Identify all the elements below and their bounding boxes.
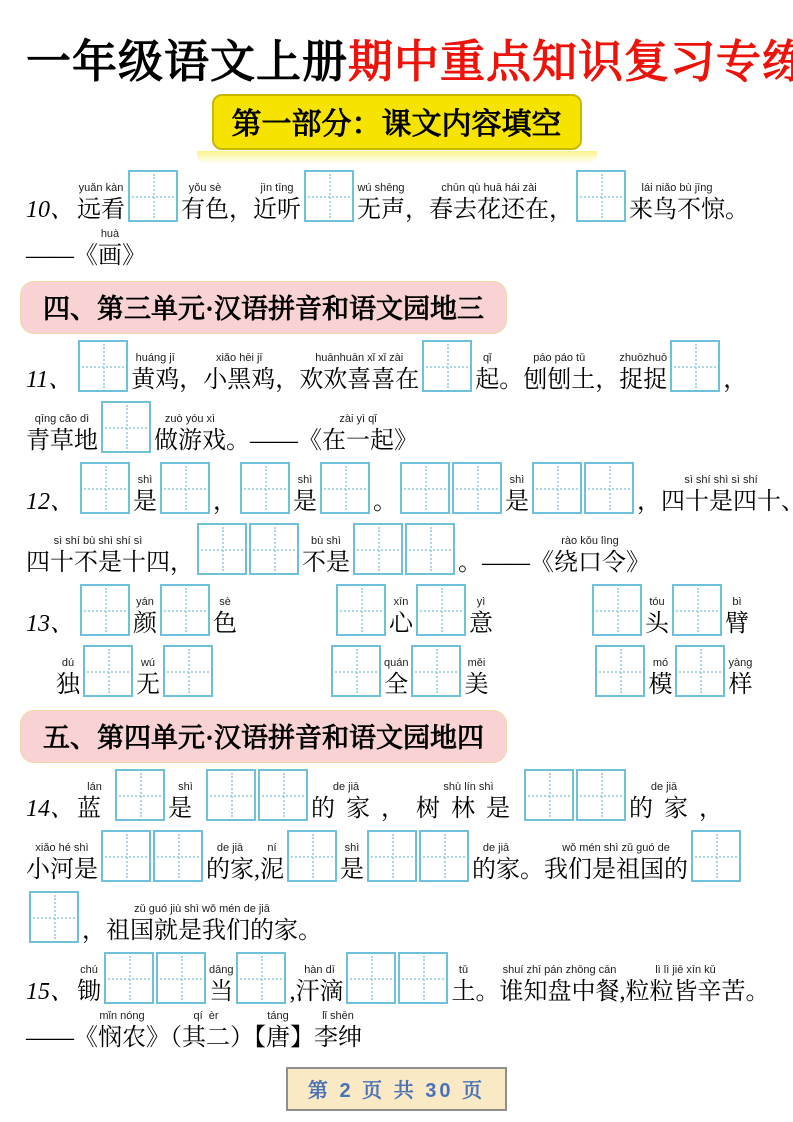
hanzi-text: 意 [469,609,493,639]
pinyin-annotated-text: tóu头 [645,595,669,639]
pinyin-text: yì [477,595,486,609]
character-practice-box-pair [524,769,626,821]
plain-text: 。 [475,977,499,1007]
pinyin-text: de jiā [217,841,243,855]
pinyin-text: lǐ shēn [322,1009,354,1023]
character-practice-box [304,170,354,222]
hanzi-text: 色 [213,609,237,639]
character-practice-box [691,830,741,882]
character-practice-box [104,952,154,1004]
character-practice-box [236,952,286,1004]
plain-text: 。——《 [458,548,554,578]
character-practice-box [367,830,417,882]
pinyin-text: mǐn nóng [99,1009,144,1023]
pinyin-annotated-text: yán颜 [133,595,157,639]
page-title-red: 期中重点知识复习专练 [348,37,793,87]
pinyin-text: shì [138,473,153,487]
hanzi-text: 在一起 [322,426,394,456]
pinyin-annotated-text: lǐ shēn李绅 [314,1009,362,1053]
character-practice-box [576,769,626,821]
pinyin-annotated-text: dú独 [56,656,80,700]
pinyin-annotated-text: yuǎn kàn远看 [77,181,125,225]
pinyin-annotated-text: sì shí bù shì shí sì四十不是十四 [26,534,170,578]
pinyin-text: mó [653,656,668,670]
character-practice-box-pair [400,462,502,514]
pinyin-text: páo páo tǔ [533,351,585,365]
character-practice-box [411,645,461,697]
hanzi-text: 小河是 [26,855,98,885]
pinyin-text: dú [62,656,74,670]
pinyin-annotated-text: wú shēng无声 [357,181,405,225]
page-number-badge: 第 2 页 共 30 页 [286,1067,507,1111]
pinyin-text: bì [732,595,741,609]
character-practice-box [287,830,337,882]
hanzi-text: 样 [728,670,752,700]
pinyin-annotated-text: qīng cǎo dì青草地 [26,412,98,456]
pinyin-text: měi [468,656,486,670]
hanzi-text: 汗滴 [295,977,343,1007]
worksheet-row: ——《huà画》 [26,227,767,271]
pinyin-annotated-text: shì是 [340,841,364,885]
character-practice-box-pair [367,830,469,882]
plain-text: 。 [298,916,322,946]
hanzi-text: 是 [293,487,317,517]
pinyin-annotated-text: xīn心 [389,595,413,639]
pinyin-annotated-text: shì是 [505,473,529,517]
pinyin-annotated-text: sì shí shì sì shí四十是四十 [661,473,781,517]
character-practice-box [675,645,725,697]
plain-text: ——《 [26,1023,98,1053]
item-number: 10、 [26,195,77,225]
hanzi-text: 的家 [472,855,520,885]
character-practice-box [672,584,722,636]
worksheet-row: qīng cǎo dì青草地zuò yóu xì做游戏。——《zài yì qǐ… [26,401,767,456]
hanzi-text: 四十不是十四 [26,548,170,578]
pinyin-annotated-text: lì lì jiē xīn kǔ粒粒皆辛苦 [625,963,745,1007]
plain-text: ， [381,794,416,824]
character-practice-box [101,401,151,453]
pinyin-annotated-text: shì是 [293,473,317,517]
pinyin-annotated-text: huà画 [98,227,122,271]
character-practice-box [416,584,466,636]
character-practice-box [398,952,448,1004]
worksheet-row: 10、yuǎn kàn远看yǒu sè有色，jìn tīng近听wú shēng… [26,170,767,225]
character-practice-box [353,523,403,575]
character-practice-box [532,462,582,514]
pinyin-annotated-text: qǐ起 [475,351,499,395]
plain-text: 。 [745,977,769,1007]
pinyin-text: qí èr [193,1009,218,1023]
hanzi-text: 欢欢喜喜在 [299,365,419,395]
hanzi-text: 无 [136,670,160,700]
hanzi-text: 小黑鸡 [203,365,275,395]
hanzi-text: 青草地 [26,426,98,456]
hanzi-text: 颜 [133,609,157,639]
worksheet-page: 一年级语文上册期中重点知识复习专练 第一部分：课文内容填空 10、yuǎn kà… [0,0,793,1122]
plain-text: 。 [520,855,544,885]
hanzi-text: 唐 [266,1023,290,1053]
hanzi-text: 是 [340,855,364,885]
plain-text: 。 [373,487,397,517]
pinyin-annotated-text: bì臂 [725,595,749,639]
pinyin-annotated-text: wǒ mén shì zǔ guó de我们是祖国的 [544,841,688,885]
pinyin-text: ní [267,841,276,855]
section-header-wrap: 四、第三单元·汉语拼音和语文园地三 [20,281,767,334]
character-practice-box [346,952,396,1004]
pinyin-text: de jiā [333,780,359,794]
pinyin-annotated-text: yàng样 [728,656,752,700]
pinyin-text: de jiā [483,841,509,855]
pinyin-text: sè [219,595,231,609]
pinyin-text: hàn dī [304,963,335,977]
plain-text: ， [229,195,253,225]
character-practice-box [584,462,634,514]
hanzi-text: 是 [168,794,203,824]
pinyin-annotated-text: shù lín shì树林是 [416,780,521,824]
pinyin-annotated-text: rào kǒu lìng绕口令 [554,534,626,578]
character-practice-box [160,462,210,514]
hanzi-text: 独 [56,670,80,700]
plain-text: ， [699,794,734,824]
plain-text: ， [723,365,747,395]
plain-text: 》（ [146,1023,182,1053]
pinyin-annotated-text: shì是 [168,780,203,824]
part1-header: 第一部分：课文内容填空 [212,94,582,150]
pinyin-annotated-text: sè色 [213,595,237,639]
worksheet-row: ，zǔ guó jiù shì wǒ mén de jiā祖国就是我们的家。 [26,891,767,946]
hanzi-text: 心 [389,609,413,639]
hanzi-text: 捉捉 [619,365,667,395]
character-practice-box-pair [206,769,308,821]
part1-header-wrap: 第一部分：课文内容填空 [26,94,767,164]
pinyin-text: yàng [729,656,753,670]
worksheet-row: sì shí bù shì shí sì四十不是十四，bù shì不是。——《r… [26,523,767,578]
plain-text: ， [179,365,203,395]
item-number: 11、 [26,365,75,395]
pinyin-text: yán [136,595,154,609]
character-practice-box-pair [353,523,455,575]
character-practice-box [336,584,386,636]
pinyin-annotated-text: mǐn nóng悯农 [98,1009,146,1053]
page-title-black: 一年级语文上册 [26,37,348,87]
character-practice-box [405,523,455,575]
pinyin-text: wǒ mén shì zǔ guó de [562,841,670,855]
character-practice-box [153,830,203,882]
pinyin-text: yǒu sè [189,181,221,195]
hanzi-text: 刨刨土 [523,365,595,395]
pinyin-annotated-text: de jiā的家 [206,841,254,885]
hanzi-text: 模 [648,670,672,700]
hanzi-text: 锄 [77,977,101,1007]
character-practice-box [595,645,645,697]
character-practice-box [524,769,574,821]
pinyin-annotated-text: wú无 [136,656,160,700]
pinyin-text: zuò yóu xì [165,412,215,426]
hanzi-text: 起 [475,365,499,395]
hanzi-text: 做游戏 [154,426,226,456]
hanzi-text: 粒粒皆辛苦 [625,977,745,1007]
hanzi-text: 有色 [181,195,229,225]
page-title: 一年级语文上册期中重点知识复习专练 [26,34,767,90]
pinyin-annotated-text: quán全 [384,656,408,700]
pinyin-text: sì shí bù shì shí sì [54,534,143,548]
pinyin-text: huānhuān xǐ xǐ zài [315,351,403,365]
hanzi-text: 不是 [302,548,350,578]
character-practice-box-pair [104,952,206,1004]
character-practice-box [160,584,210,636]
hanzi-text: 黄鸡 [131,365,179,395]
pinyin-text: tóu [649,595,664,609]
hanzi-text: 的家 [629,794,699,824]
character-practice-box [80,584,130,636]
plain-text: ）【 [230,1023,266,1053]
character-practice-box-pair [197,523,299,575]
pinyin-annotated-text: dāng当 [209,963,233,1007]
hanzi-text: 无声 [357,195,405,225]
hanzi-text: 蓝 [77,794,112,824]
hanzi-text: 是 [505,487,529,517]
pinyin-annotated-text: ní泥 [260,841,284,885]
hanzi-text: 的家 [311,794,381,824]
pinyin-annotated-text: de jiā的家 [629,780,699,824]
pinyin-text: shì [298,473,313,487]
pinyin-annotated-text: mó模 [648,656,672,700]
plain-text: 、 [781,487,793,517]
pinyin-text: chūn qù huā hái zài [441,181,536,195]
pinyin-text: huà [101,227,119,241]
pinyin-text: qīng cǎo dì [35,412,89,426]
item-number: 14、 [26,794,77,824]
hanzi-text: 四十是四十 [661,487,781,517]
hanzi-text: 近听 [253,195,301,225]
worksheet-row: 15、chú锄dāng当,hàn dī汗滴tǔ土。shuí zhī pán zh… [26,952,767,1007]
character-practice-box [331,645,381,697]
pinyin-annotated-text: hàn dī汗滴 [295,963,343,1007]
hanzi-text: 悯农 [98,1023,146,1053]
character-practice-box [83,645,133,697]
character-practice-box-pair [101,830,203,882]
plain-text: 。 [499,365,523,395]
pinyin-text: xiǎo hēi jī [216,351,262,365]
pinyin-text: de jiā [651,780,677,794]
section-header: 四、第三单元·汉语拼音和语文园地三 [20,281,507,334]
character-practice-box [320,462,370,514]
hanzi-text: 全 [384,670,408,700]
pinyin-annotated-text: zuò yóu xì做游戏 [154,412,226,456]
character-practice-box [29,891,79,943]
hanzi-text: 土 [451,977,475,1007]
pinyin-text: shì [345,841,360,855]
character-practice-box [115,769,165,821]
pinyin-annotated-text: huānhuān xǐ xǐ zài欢欢喜喜在 [299,351,419,395]
character-practice-box [80,462,130,514]
worksheet-body: 10、yuǎn kàn远看yǒu sè有色，jìn tīng近听wú shēng… [26,170,767,1053]
character-practice-box [400,462,450,514]
character-practice-box [78,340,128,392]
plain-text: ， [170,548,194,578]
character-practice-box [156,952,206,1004]
item-number: 15、 [26,977,77,1007]
hanzi-text: 树林是 [416,794,521,824]
pinyin-annotated-text: qí èr其二 [182,1009,230,1053]
pinyin-annotated-text: tǔ土 [451,963,475,1007]
pinyin-annotated-text: shì是 [133,473,157,517]
pinyin-text: zài yì qǐ [339,412,376,426]
worksheet-row: 13、yán颜sè色xīn心yì意tóu头bì臂 [26,584,767,639]
character-practice-box [101,830,151,882]
pinyin-annotated-text: xiǎo hé shì小河是 [26,841,98,885]
hanzi-text: 当 [209,977,233,1007]
pinyin-annotated-text: bù shì不是 [302,534,350,578]
plain-text: 】 [290,1023,314,1053]
hanzi-text: 祖国就是我们的家 [106,916,298,946]
character-practice-box [163,645,213,697]
plain-text: ， [213,487,237,517]
hanzi-text: 泥 [260,855,284,885]
character-practice-box [128,170,178,222]
character-practice-box [249,523,299,575]
pinyin-text: dāng [209,963,233,977]
character-practice-box [206,769,256,821]
pinyin-text: yuǎn kàn [79,181,124,195]
pinyin-text: xīn [394,595,409,609]
hanzi-text: 是 [133,487,157,517]
character-practice-box [576,170,626,222]
plain-text: 》 [122,241,146,271]
worksheet-row: dú独wú无quán全měi美mó模yàng样 [26,645,767,700]
pinyin-annotated-text: lái niǎo bù jīng来鸟不惊 [629,181,725,225]
hanzi-text: 远看 [77,195,125,225]
worksheet-row: 11、huáng jī黄鸡，xiǎo hēi jī小黑鸡，huānhuān xǐ… [26,340,767,395]
pinyin-annotated-text: zhuōzhuō捉捉 [619,351,667,395]
pinyin-text: shuí zhī pán zhōng cān [503,963,617,977]
pinyin-text: jìn tīng [260,181,293,195]
pinyin-text: huáng jī [136,351,175,365]
character-practice-box [240,462,290,514]
character-practice-box-pair [532,462,634,514]
plain-text: 。 [725,195,749,225]
worksheet-row: xiǎo hé shì小河是de jiā的家,ní泥shì是de jiā的家。w… [26,830,767,885]
pinyin-annotated-text: de jiā的家 [472,841,520,885]
plain-text: 》 [394,426,418,456]
character-practice-box [422,340,472,392]
pinyin-text: tǔ [459,963,468,977]
worksheet-row: 14、lán蓝shì是de jiā的家，shù lín shì树林是de jiā… [26,769,767,824]
pinyin-annotated-text: de jiā的家 [311,780,381,824]
pinyin-text: táng [267,1009,288,1023]
pinyin-text: shì [510,473,525,487]
character-practice-box [452,462,502,514]
hanzi-text: 我们是祖国的 [544,855,688,885]
character-practice-box [197,523,247,575]
plain-text: 。——《 [226,426,322,456]
character-practice-box [419,830,469,882]
pinyin-annotated-text: xiǎo hēi jī小黑鸡 [203,351,275,395]
section-header-wrap: 五、第四单元·汉语拼音和语文园地四 [20,710,767,763]
page-footer-wrap: 第 2 页 共 30 页 [26,1067,767,1111]
character-practice-box [592,584,642,636]
hanzi-text: 来鸟不惊 [629,195,725,225]
hanzi-text: 的家 [206,855,254,885]
item-number: 12、 [26,487,77,517]
pinyin-annotated-text: zǔ guó jiù shì wǒ mén de jiā祖国就是我们的家 [106,902,298,946]
plain-text: ， [637,487,661,517]
plain-text: ， [549,195,573,225]
hanzi-text: 美 [464,670,488,700]
pinyin-annotated-text: huáng jī黄鸡 [131,351,179,395]
pinyin-text: wú [141,656,155,670]
plain-text: ， [82,916,106,946]
pinyin-text: xiǎo hé shì [35,841,88,855]
pinyin-annotated-text: zài yì qǐ在一起 [322,412,394,456]
pinyin-text: shù lín shì [443,780,493,794]
pinyin-annotated-text: shuí zhī pán zhōng cān谁知盘中餐 [499,963,619,1007]
pinyin-annotated-text: chūn qù huā hái zài春去花还在 [429,181,549,225]
pinyin-annotated-text: yì意 [469,595,493,639]
worksheet-row: ——《mǐn nóng悯农》（qí èr其二）【táng唐】lǐ shēn李绅 [26,1009,767,1053]
hanzi-text: 画 [98,241,122,271]
part1-header-reflection [197,151,597,164]
character-practice-box [258,769,308,821]
pinyin-text: rào kǒu lìng [561,534,618,548]
hanzi-text: 绕口令 [554,548,626,578]
hanzi-text: 谁知盘中餐 [499,977,619,1007]
character-practice-box-pair [346,952,448,1004]
plain-text: 》 [626,548,650,578]
pinyin-text: zǔ guó jiù shì wǒ mén de jiā [134,902,270,916]
plain-text: ， [595,365,619,395]
worksheet-row: 12、shì是，shì是。shì是，sì shí shì sì shí四十是四十… [26,462,767,517]
pinyin-annotated-text: yǒu sè有色 [181,181,229,225]
pinyin-annotated-text: jìn tīng近听 [253,181,301,225]
hanzi-text: 春去花还在 [429,195,549,225]
pinyin-text: zhuōzhuō [619,351,667,365]
character-practice-box [670,340,720,392]
pinyin-annotated-text: chú锄 [77,963,101,1007]
hanzi-text: 头 [645,609,669,639]
hanzi-text: 其二 [182,1023,230,1053]
pinyin-text: wú shēng [357,181,404,195]
pinyin-text: lì lì jiē xīn kǔ [655,963,716,977]
plain-text: ， [275,365,299,395]
pinyin-text: quán [384,656,408,670]
hanzi-text: 臂 [725,609,749,639]
plain-text: ——《 [26,241,98,271]
pinyin-text: qǐ [483,351,492,365]
pinyin-text: shì [178,780,193,794]
pinyin-annotated-text: měi美 [464,656,488,700]
pinyin-text: chú [80,963,98,977]
pinyin-annotated-text: lán蓝 [77,780,112,824]
pinyin-text: lái niǎo bù jīng [642,181,713,195]
pinyin-annotated-text: páo páo tǔ刨刨土 [523,351,595,395]
pinyin-text: bù shì [311,534,341,548]
item-number: 13、 [26,609,77,639]
pinyin-text: sì shí shì sì shí [684,473,757,487]
plain-text: ， [405,195,429,225]
pinyin-annotated-text: táng唐 [266,1009,290,1053]
hanzi-text: 李绅 [314,1023,362,1053]
pinyin-text: lán [87,780,102,794]
section-header: 五、第四单元·汉语拼音和语文园地四 [20,710,507,763]
